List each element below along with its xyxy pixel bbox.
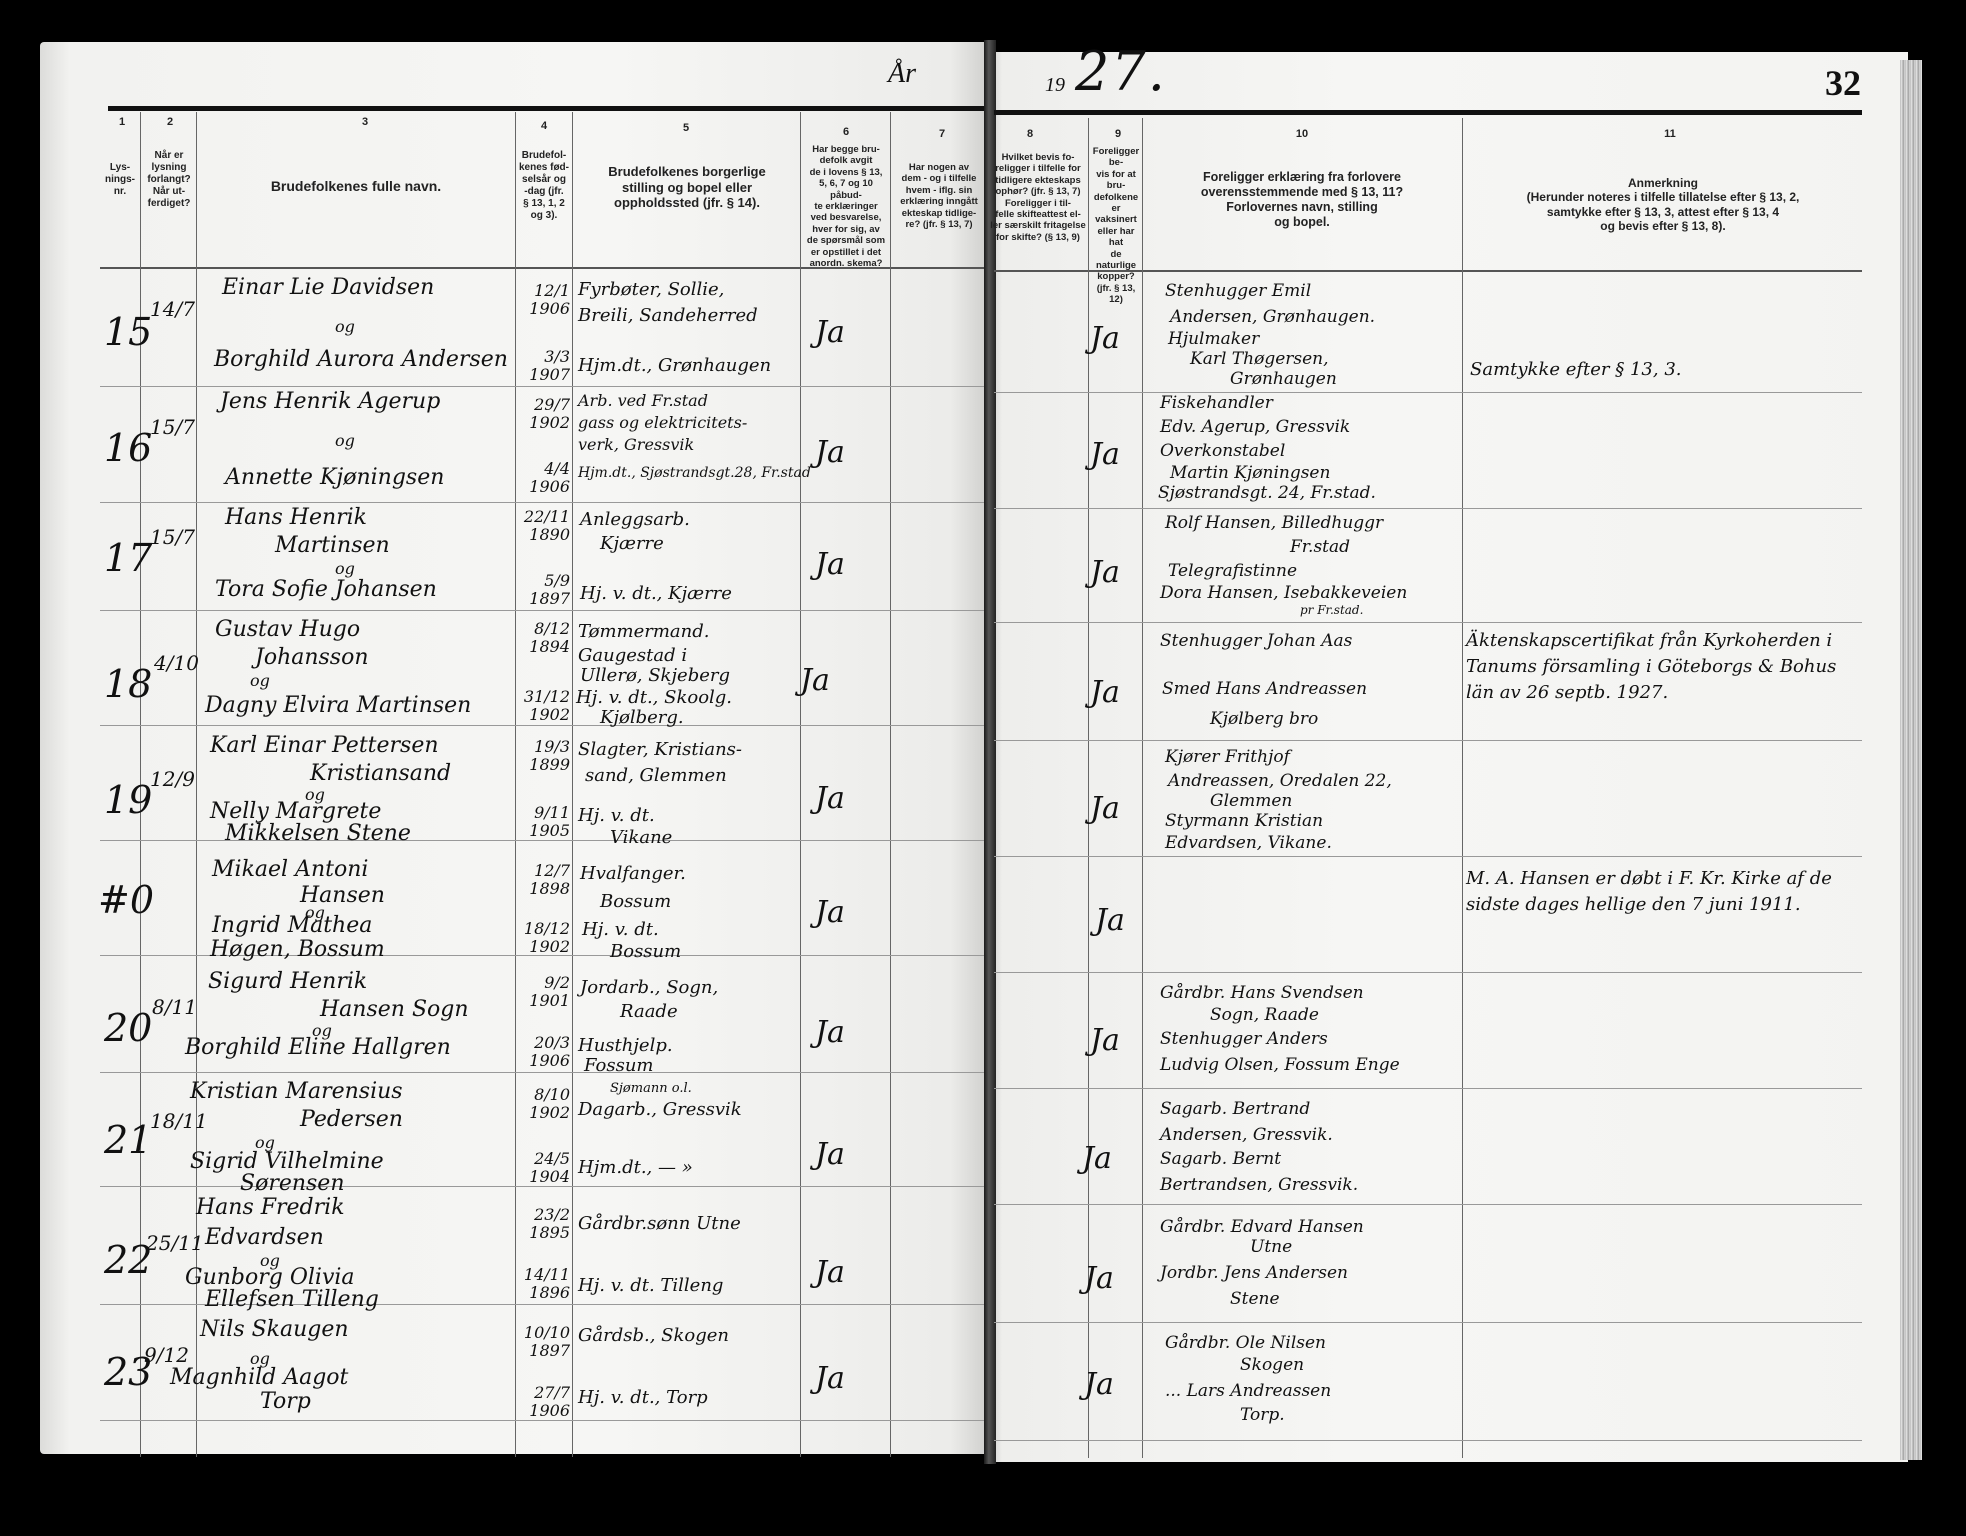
column-number: 11 xyxy=(1660,128,1680,140)
column-header: Anmerkning (Herunder noteres i tilfelle … xyxy=(1466,176,1860,234)
top-rule-left xyxy=(108,106,984,111)
col-divider xyxy=(1142,118,1143,1458)
column-header: Brudefolkenes borgerlige stilling og bop… xyxy=(576,164,798,211)
row-divider xyxy=(994,740,1862,741)
row-divider xyxy=(994,508,1862,509)
column-header: Foreligger erklæring fra forlovere overe… xyxy=(1146,170,1458,230)
column-number: 8 xyxy=(1020,128,1040,140)
row-divider xyxy=(994,622,1862,623)
row-divider xyxy=(100,1420,984,1421)
year-prefix: 19 xyxy=(1045,74,1065,97)
column-number: 10 xyxy=(1292,128,1312,140)
column-number: 7 xyxy=(932,128,952,140)
row-divider xyxy=(994,1322,1862,1323)
col-divider xyxy=(515,112,516,1457)
row-divider xyxy=(100,725,984,726)
row-divider xyxy=(100,502,984,503)
row-divider xyxy=(100,1186,984,1187)
column-number: 6 xyxy=(836,126,856,138)
column-header: Hvilket bevis fo- religger i tilfelle fo… xyxy=(990,152,1086,243)
row-divider xyxy=(100,386,984,387)
row-divider xyxy=(994,856,1862,857)
year-handwritten: 27. xyxy=(1075,40,1167,103)
row-divider xyxy=(994,1440,1862,1441)
col-divider xyxy=(196,112,197,1457)
col-divider xyxy=(890,112,891,1457)
top-rule-right xyxy=(994,110,1862,115)
row-divider xyxy=(994,392,1862,393)
column-number: 4 xyxy=(534,120,554,132)
book-gutter xyxy=(984,40,996,1464)
row-divider xyxy=(994,1204,1862,1205)
page-edges xyxy=(1900,60,1922,1460)
col-divider xyxy=(1462,118,1463,1458)
row-divider xyxy=(100,1072,984,1073)
column-number: 1 xyxy=(112,116,132,128)
col-divider xyxy=(800,112,801,1457)
year-label: År xyxy=(888,58,916,90)
column-number: 9 xyxy=(1108,128,1128,140)
col-divider xyxy=(1088,118,1089,1458)
row-divider xyxy=(100,610,984,611)
column-header: Brudefolkenes fulle navn. xyxy=(200,178,512,195)
column-header: Har begge bru- defolk avgit de i lovens … xyxy=(802,144,890,269)
column-header: Lys- nings- nr. xyxy=(100,162,140,198)
page-number: 32 xyxy=(1825,62,1861,104)
column-header: Foreligger be- vis for at bru- defolkene… xyxy=(1090,146,1142,305)
col-divider xyxy=(572,112,573,1457)
column-number: 3 xyxy=(355,116,375,128)
column-header: Når er lysning forlangt? Når ut- ferdige… xyxy=(142,150,196,210)
column-number: 5 xyxy=(676,122,696,134)
column-header: Brudefol- kenes fød- selsår og -dag (jfr… xyxy=(516,150,572,222)
row-divider xyxy=(994,972,1862,973)
column-number: 2 xyxy=(160,116,180,128)
column-header: Har nogen av dem - og i tilfelle hvem - … xyxy=(892,162,986,230)
row-divider xyxy=(994,1088,1862,1089)
